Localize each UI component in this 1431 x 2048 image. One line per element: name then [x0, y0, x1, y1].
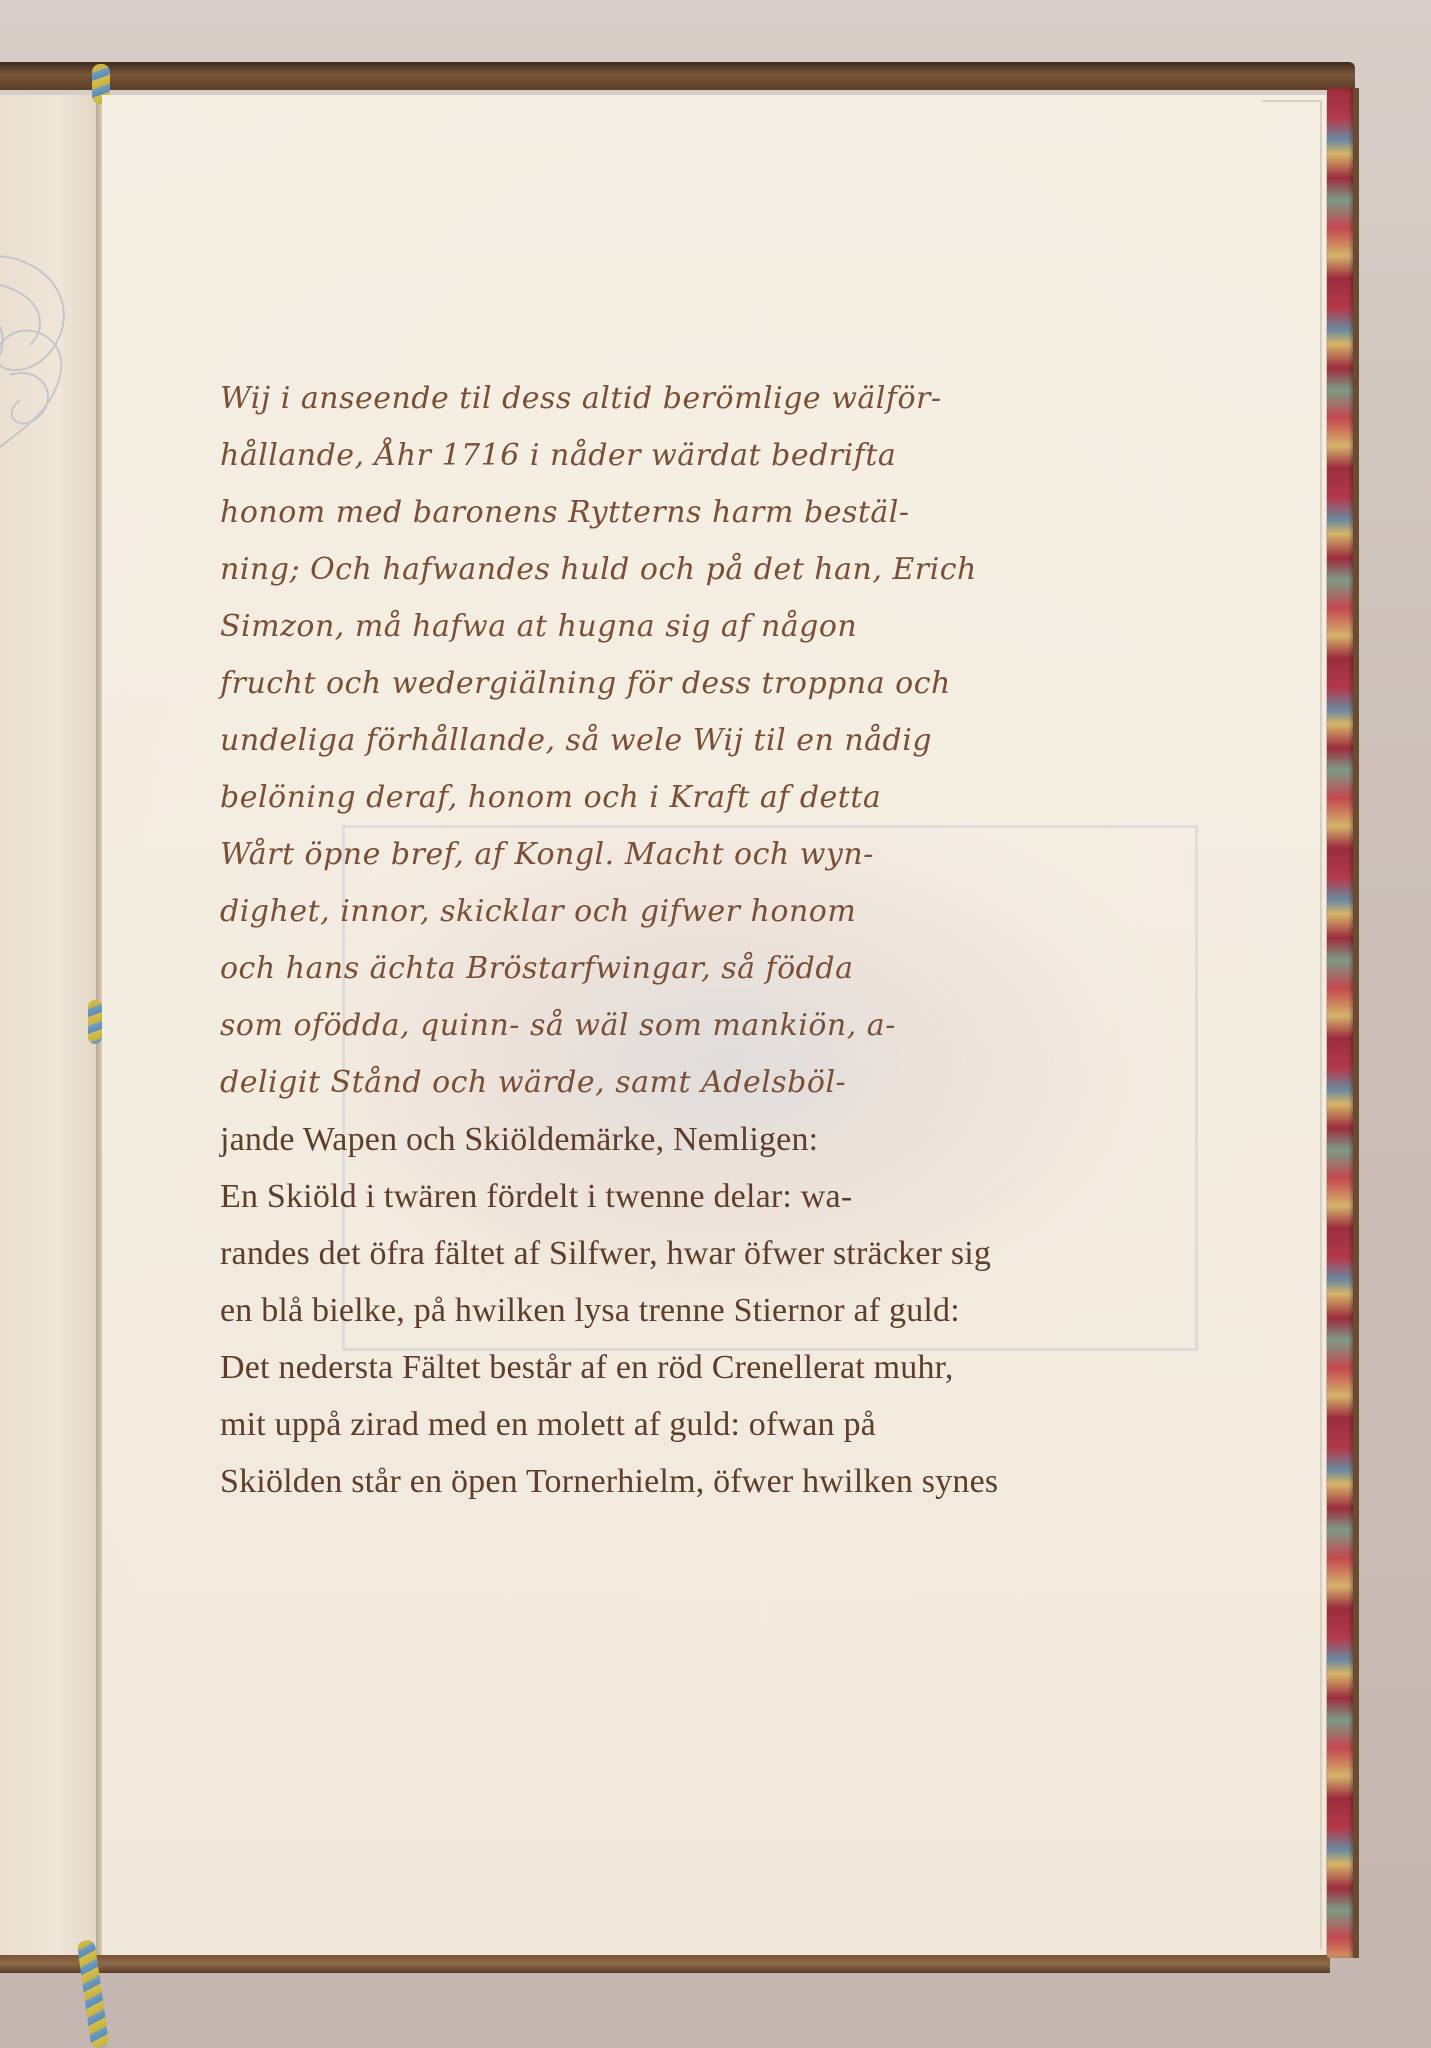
text-line: och hans ächta Bröstarfwingar, så födda — [220, 940, 1140, 997]
page-edge-rule — [1320, 100, 1322, 1950]
text-line: deligit Stånd och wärde, samt Adelsböl- — [220, 1054, 1140, 1111]
text-line: Wij i anseende til dess altid berömlige … — [220, 370, 1140, 427]
text-line: honom med baronens Rytterns harm bestäl- — [220, 484, 1140, 541]
text-line-calligraphic: mit uppå zirad med en molett af guld: of… — [220, 1396, 1140, 1453]
page-edge-rule-top — [1262, 100, 1322, 102]
text-line: frucht och wedergiälning för dess troppn… — [220, 655, 1140, 712]
text-line-calligraphic: Det nedersta Fältet består af en röd Cre… — [220, 1339, 1140, 1396]
text-line-calligraphic: en blå bielke, på hwilken lysa trenne St… — [220, 1282, 1140, 1339]
left-page — [0, 95, 98, 1955]
text-line: hållande, Åhr 1716 i nåder wärdat bedrif… — [220, 427, 1140, 484]
text-line: dighet, innor, skicklar och gifwer honom — [220, 883, 1140, 940]
text-line: undeliga förhållande, så wele Wij til en… — [220, 712, 1140, 769]
text-line: ning; Och hafwandes huld och på det han,… — [220, 541, 1140, 598]
marbled-fore-edge — [1327, 88, 1359, 1958]
text-line-calligraphic: jande Wapen och Skiöldemärke, Nemligen: — [220, 1111, 1140, 1168]
text-line-calligraphic: En Skiöld i twären fördelt i twenne dela… — [220, 1168, 1140, 1225]
book-cover-top-edge — [0, 62, 1355, 90]
text-line: belöning deraf, honom och i Kraft af det… — [220, 769, 1140, 826]
manuscript-text: Wij i anseende til dess altid berömlige … — [220, 370, 1140, 1510]
text-line: som ofödda, quinn- så wäl som mankiön, a… — [220, 997, 1140, 1054]
text-line-calligraphic: Skiölden står en öpen Tornerhielm, öfwer… — [220, 1453, 1140, 1510]
flourish-show-through-icon — [0, 225, 90, 485]
text-line-calligraphic: randes det öfra fältet af Silfwer, hwar … — [220, 1225, 1140, 1282]
text-line: Simzon, må hafwa at hugna sig af någon — [220, 598, 1140, 655]
bookmark-cord-middle — [88, 1000, 102, 1044]
text-line: Wårt öpne bref, af Kongl. Macht och wyn- — [220, 826, 1140, 883]
book-cover-bottom-edge — [0, 1955, 1330, 1973]
